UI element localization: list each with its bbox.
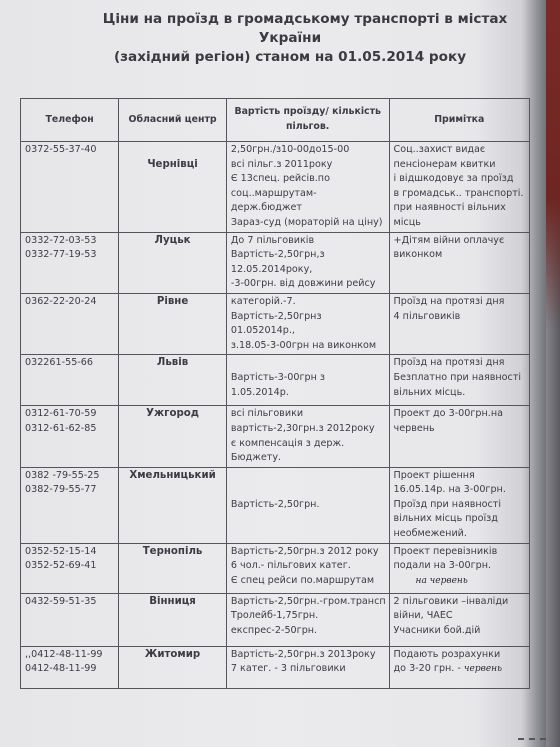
note-cell: Проїзд на протязі дняБезплатно при наявн… [389,355,529,406]
city-cell: Рівне [119,293,227,354]
note-cell: Соц..захист видаєпенсіонерам квитки і ві… [389,142,529,233]
phone-cell: 0382 -79-55-250382-79-55-77 [21,467,119,543]
fare-line: Бюджету. [231,451,385,466]
fare-line [231,356,385,371]
phone-number: 0432-59-51-35 [25,595,114,610]
fare-line: Вартість-2,50грн. [231,498,385,513]
note-cell: 2 пільговики –інвалідивійни, ЧАЕСУчасник… [389,593,529,646]
fare-line: всі пільг.з 2011року [231,158,385,173]
note-cell: Подають розрахунки до 3-20 грн. - червен… [389,646,529,688]
note-line: Проїзд на протязі дня [394,356,525,371]
note-line: пенсіонерам квитки [394,158,525,173]
fare-line: є компенсація з держ. [231,437,385,452]
title-line-1: Ціни на проїзд в громадському транспорті… [60,10,520,29]
fare-line: 6 чол.- пільгових катег. [231,559,385,574]
fare-line: соц..маршрутам- [231,187,385,202]
phone-number: 0372-55-37-40 [25,143,114,158]
fare-cell: всі пільговикивартість-2,30грн.з 2012рок… [226,406,389,467]
fare-line: категорій.-7. [231,295,385,310]
note-line: і відшкодовує за проїзд [394,172,525,187]
table-row: 0352-52-15-140352-52-69-41ТернопільВарті… [21,543,530,593]
table-row: 0382 -79-55-250382-79-55-77ХмельницькийВ… [21,467,530,543]
note-line: до 3-20 грн. - червень [394,662,525,677]
fare-line: Є 13спец. рейсів.по [231,172,385,187]
note-line: Проект до 3-00грн.на [394,407,525,422]
phone-number: 0382 -79-55-25 [25,469,114,484]
note-line: Проїзд при наявності [394,498,525,513]
document-title: Ціни на проїзд в громадському транспорті… [60,10,520,67]
handwritten-note: на червень [394,574,525,589]
fare-cell: Вартість-2,50грн.-гром.транспТролейб-1,7… [226,593,389,646]
phone-cell: 032261-55-66 [21,355,119,406]
city-cell: Луцьк [119,232,227,293]
fare-line: експрес-2-50грн. [231,624,385,639]
note-line: 2 пільговики –інваліди [394,595,525,610]
city-cell: Ужгород [119,406,227,467]
fare-line: з.18.05-3-00грн на виконком [231,339,385,354]
page-mark [518,738,546,742]
note-line: Подають розрахунки [394,648,525,663]
table-body: 0372-55-37-40Чернівці2,50грн./з10-00до15… [21,142,530,689]
binder-edge [546,0,560,330]
phone-number: 0312-61-70-59 [25,407,114,422]
fares-table: Телефон Обласний центр Вартість проїзду/… [20,98,530,689]
phone-cell: 0352-52-15-140352-52-69-41 [21,543,119,593]
fare-line: всі пільговики [231,407,385,422]
header-note: Примітка [389,99,529,142]
note-line: подали на 3-00грн. [394,559,525,574]
fare-line: 2,50грн./з10-00до15-00 [231,143,385,158]
note-line: в громадськ.. транспорті. [394,187,525,202]
note-line: червень [394,422,525,437]
phone-number: 0332-72-03-53 [25,234,114,249]
fare-line: 12.05.2014року, [231,263,385,278]
phone-number: 0312-61-62-85 [25,422,114,437]
phone-number: 0332-77-19-53 [25,248,114,263]
note-line: при наявності вільних [394,201,525,216]
header-fare: Вартість проїзду/ кількість пільгов. [226,99,389,142]
city-cell: Хмельницький [119,467,227,543]
table-row: 0332-72-03-530332-77-19-53ЛуцькДо 7 піль… [21,232,530,293]
title-line-2: України [60,29,520,48]
fare-cell: Вартість-2,50грн.з 2012 року6 чол.- піль… [226,543,389,593]
fare-line: Вартість-2,50грн.-гром.трансп [231,595,385,610]
note-line: необмежений. [394,527,525,542]
note-line: +Дітям війни оплачує [394,234,525,249]
note-line: Соц..захист видає [394,143,525,158]
city-cell: Львів [119,355,227,406]
phone-cell: 0372-55-37-40 [21,142,119,233]
fare-cell: До 7 пільговиківВартість-2,50грн,з12.05.… [226,232,389,293]
fare-line: Вартість-2,50грнз [231,310,385,325]
fare-cell: Вартість-2,50грн. [226,467,389,543]
note-cell: +Дітям війни оплачуєвиконком [389,232,529,293]
note-line: Проект рішення [394,469,525,484]
note-line: Учасники бой.дій [394,624,525,639]
note-cell: Проект перевізниківподали на 3-00грн.на … [389,543,529,593]
phone-cell: 0332-72-03-530332-77-19-53 [21,232,119,293]
table-row: 0432-59-51-35ВінницяВартість-2,50грн.-гр… [21,593,530,646]
fare-line: 7 катег. - 3 пільговики [231,662,385,677]
table-row: 0372-55-37-40Чернівці2,50грн./з10-00до15… [21,142,530,233]
phone-number: 0382-79-55-77 [25,483,114,498]
note-line: місць [394,216,525,231]
table-row: 0312-61-70-590312-61-62-85Ужгородвсі піл… [21,406,530,467]
handwritten-note: червень [464,664,502,674]
note-line: виконком [394,248,525,263]
city-cell: Житомир [119,646,227,688]
note-line: 4 пільговиків [394,310,525,325]
phone-cell: 0432-59-51-35 [21,593,119,646]
phone-cell: 0362-22-20-24 [21,293,119,354]
fare-cell: Вартість-3-00грн з1.05.2014р. [226,355,389,406]
fare-line: Вартість-2,50грн.з 2012 року [231,545,385,560]
fare-line: вартість-2,30грн.з 2012року [231,422,385,437]
fare-line: До 7 пільговиків [231,234,385,249]
title-line-3: (західний регіон) станом на 01.05.2014 р… [60,48,520,67]
note-line: Безплатно при наявності [394,371,525,386]
note-line: Проїзд на протязі дня [394,295,525,310]
phone-cell: 0312-61-70-590312-61-62-85 [21,406,119,467]
fare-line: Вартість-2,50грн.з 2013року [231,648,385,663]
fare-line: -3-00грн. від довжини рейсу [231,277,385,292]
fare-line: 01.052014р., [231,324,385,339]
phone-number: 0352-52-15-14 [25,545,114,560]
phone-number: ,,0412-48-11-99 [25,648,114,663]
note-line: вільних місць проїзд [394,512,525,527]
header-city: Обласний центр [119,99,227,142]
note-line: вільних місць. [394,386,525,401]
fare-line: Тролейб-1,75грн. [231,609,385,624]
note-line: 16.05.14р. на 3-00грн. [394,483,525,498]
fare-cell: категорій.-7.Вартість-2,50грнз01.052014р… [226,293,389,354]
fare-cell: 2,50грн./з10-00до15-00 всі пільг.з 2011р… [226,142,389,233]
phone-number: 0352-52-69-41 [25,559,114,574]
fare-line: Є спец рейси по.маршрутам [231,574,385,589]
fare-cell: Вартість-2,50грн.з 2013року7 катег. - 3 … [226,646,389,688]
city-cell: Чернівці [119,142,227,233]
note-cell: Проект до 3-00грн.начервень [389,406,529,467]
phone-cell: ,,0412-48-11-990412-48-11-99 [21,646,119,688]
phone-number: 0362-22-20-24 [25,295,114,310]
city-cell: Тернопіль [119,543,227,593]
table-row: 0362-22-20-24Рівнекатегорій.-7.Вартість-… [21,293,530,354]
fare-line: Зараз-суд (мораторій на ціну) [231,216,385,231]
note-cell: Проект рішення16.05.14р. на 3-00грн.Прої… [389,467,529,543]
fare-line: держ.бюджет [231,201,385,216]
phone-number: 0412-48-11-99 [25,662,114,677]
fare-line: Вартість-3-00грн з [231,371,385,386]
note-line: Проект перевізників [394,545,525,560]
table-row: ,,0412-48-11-990412-48-11-99ЖитомирВарті… [21,646,530,688]
table-row: 032261-55-66Львів Вартість-3-00грн з1.05… [21,355,530,406]
header-phone: Телефон [21,99,119,142]
city-cell: Вінниця [119,593,227,646]
table-header-row: Телефон Обласний центр Вартість проїзду/… [21,99,530,142]
note-line: війни, ЧАЕС [394,609,525,624]
fare-line: 1.05.2014р. [231,386,385,401]
note-cell: Проїзд на протязі дня4 пільговиків [389,293,529,354]
fare-line: Вартість-2,50грн,з [231,248,385,263]
phone-number: 032261-55-66 [25,356,114,371]
